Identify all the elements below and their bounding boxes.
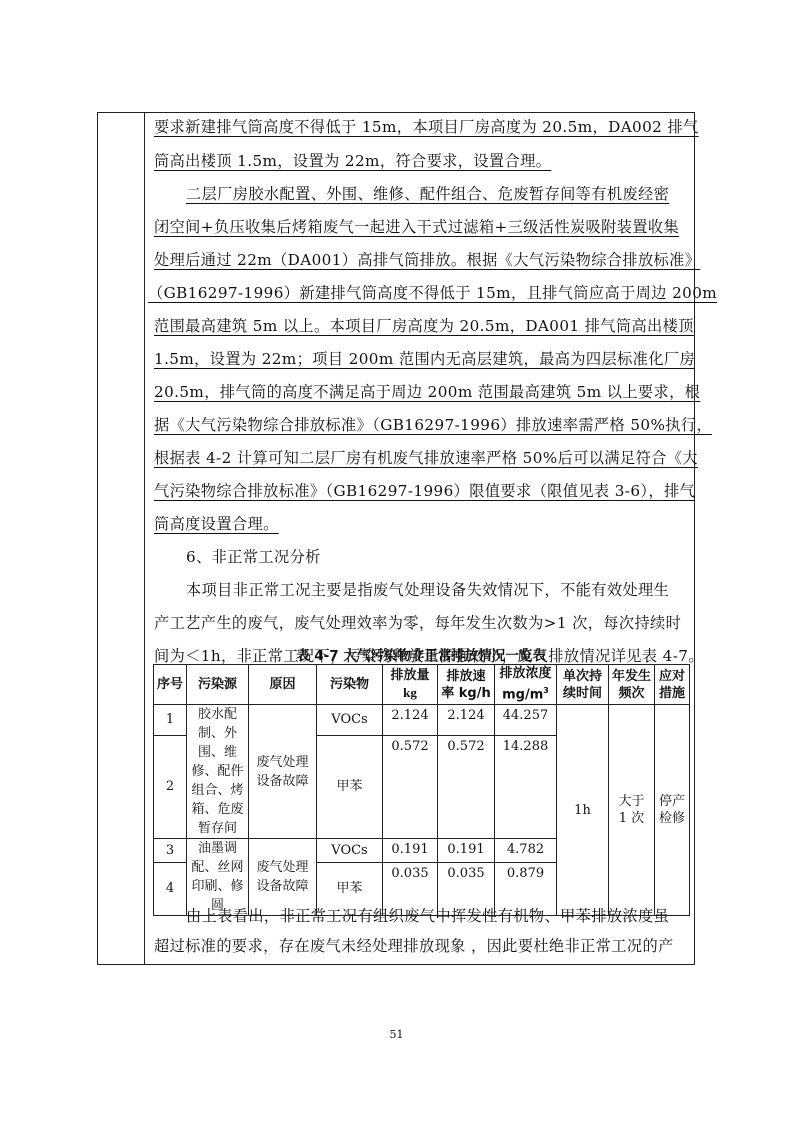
cell-amount: 0.572: [383, 735, 438, 839]
header-duration: 单次持续时间: [557, 665, 609, 705]
text-line: 气污染物综合排放标准》（GB16297-1996）限值要求（限值见表 3-6），…: [154, 481, 695, 501]
cell-pollutant: VOCs: [317, 705, 383, 736]
text-line: （GB16297-1996）新建排气筒高度不得低于 15m，且排气筒应高于周边 …: [148, 283, 717, 303]
text-line: 闭空间+负压收集后烤箱废气一起进入干式过滤箱+三级活性炭吸附装置收集: [154, 217, 679, 237]
left-column: [98, 113, 145, 964]
cell-conc: 44.257: [495, 705, 557, 736]
cell-source: 胶水配制、外围、维修、配件组合、烤箱、危废暂存间: [187, 705, 249, 839]
header-source: 污染源: [187, 665, 249, 705]
text-line: 筒高出楼顶 1.5m，设置为 22m，符合要求，设置合理。: [154, 151, 551, 171]
cell-frequency: 大于 1 次: [609, 705, 655, 916]
cell-pollutant: 甲苯: [317, 735, 383, 839]
text-line: 本项目非正常工况主要是指废气处理设备失效情况下，不能有效处理生: [186, 580, 669, 600]
cell-pollutant: VOCs: [317, 839, 383, 863]
text-line: 20.5m，排气筒的高度不满足高于周边 200m 范围最高建筑 5m 以上要求，…: [154, 382, 700, 402]
header-measure: 应对措施: [655, 665, 690, 705]
header-conc: 排放浓度mg/m3: [495, 665, 557, 705]
text-line: 筒高度设置合理。: [154, 514, 279, 534]
cell-no: 4: [154, 862, 187, 915]
header-pollutant: 污染物: [317, 665, 383, 705]
text-line: 要求新建排气筒高度不得低于 15m，本项目厂房高度为 20.5m，DA002 排…: [154, 117, 699, 137]
cell-conc: 14.288: [495, 735, 557, 839]
header-no: 序号: [154, 665, 187, 705]
cell-no: 3: [154, 839, 187, 863]
cell-reason: 废气处理设备故障: [249, 705, 317, 839]
cell-no: 1: [154, 705, 187, 736]
text-line: 超过标准的要求，存在废气未经处理排放现象 ，因此要杜绝非正常工况的产: [154, 936, 674, 956]
text-line: 由上表看出，非正常工况有组织废气中挥发性有机物、甲苯排放浓度虽: [186, 906, 669, 926]
cell-rate: 2.124: [438, 705, 495, 736]
cell-rate: 0.572: [438, 735, 495, 839]
text-line: 根据表 4-2 计算可知二层厂房有机废气排放速率严格 50%后可以满足符合《大: [154, 448, 698, 468]
text-line: 1.5m，设置为 22m；项目 200m 范围内无高层建筑，最高为四层标准化厂房: [154, 349, 695, 369]
emission-table: 序号 污染源 原因 污染物 排放量kg 排放速率 kg/h 排放浓度mg/m3 …: [153, 664, 690, 916]
section-heading: 6、非正常工况分析: [186, 547, 321, 567]
text-line: 产工艺产生的废气，废气处理效率为零，每年发生次数为>1 次，每次持续时: [154, 613, 681, 633]
page-frame: 要求新建排气筒高度不得低于 15m，本项目厂房高度为 20.5m，DA002 排…: [97, 112, 695, 965]
cell-amount: 2.124: [383, 705, 438, 736]
cell-measure: 停产检修: [655, 705, 690, 916]
text-line: 据《大气污染物综合排放标准》（GB16297-1996）排放速率需严格 50%执…: [154, 415, 712, 435]
table-header-row: 序号 污染源 原因 污染物 排放量kg 排放速率 kg/h 排放浓度mg/m3 …: [154, 665, 690, 705]
page-number: 51: [0, 1028, 793, 1041]
header-rate: 排放速率 kg/h: [438, 665, 495, 705]
cell-reason: 废气处理设备故障: [249, 839, 317, 916]
table-caption: 表 4-7 大气污染物非正常排放情况一览表: [154, 644, 688, 664]
cell-no: 2: [154, 735, 187, 839]
text-line: 二层厂房胶水配置、外围、维修、配件组合、危废暂存间等有机废经密: [186, 184, 669, 204]
cell-source: 油墨调配、丝网印刷、修圆: [187, 839, 249, 916]
cell-conc: 4.782: [495, 839, 557, 863]
header-frequency: 年发生频次: [609, 665, 655, 705]
cell-duration: 1h: [557, 705, 609, 916]
text-line: 范围最高建筑 5m 以上。本项目厂房高度为 20.5m，DA001 排气筒高出楼…: [154, 316, 694, 336]
text-line: 处理后通过 22m（DA001）高排气筒排放。根据《大气污染物综合排放标准》: [154, 250, 700, 270]
cell-rate: 0.191: [438, 839, 495, 863]
cell-amount: 0.191: [383, 839, 438, 863]
header-amount: 排放量kg: [383, 665, 438, 705]
header-reason: 原因: [249, 665, 317, 705]
table-row: 1 胶水配制、外围、维修、配件组合、烤箱、危废暂存间 废气处理设备故障 VOCs…: [154, 705, 690, 736]
